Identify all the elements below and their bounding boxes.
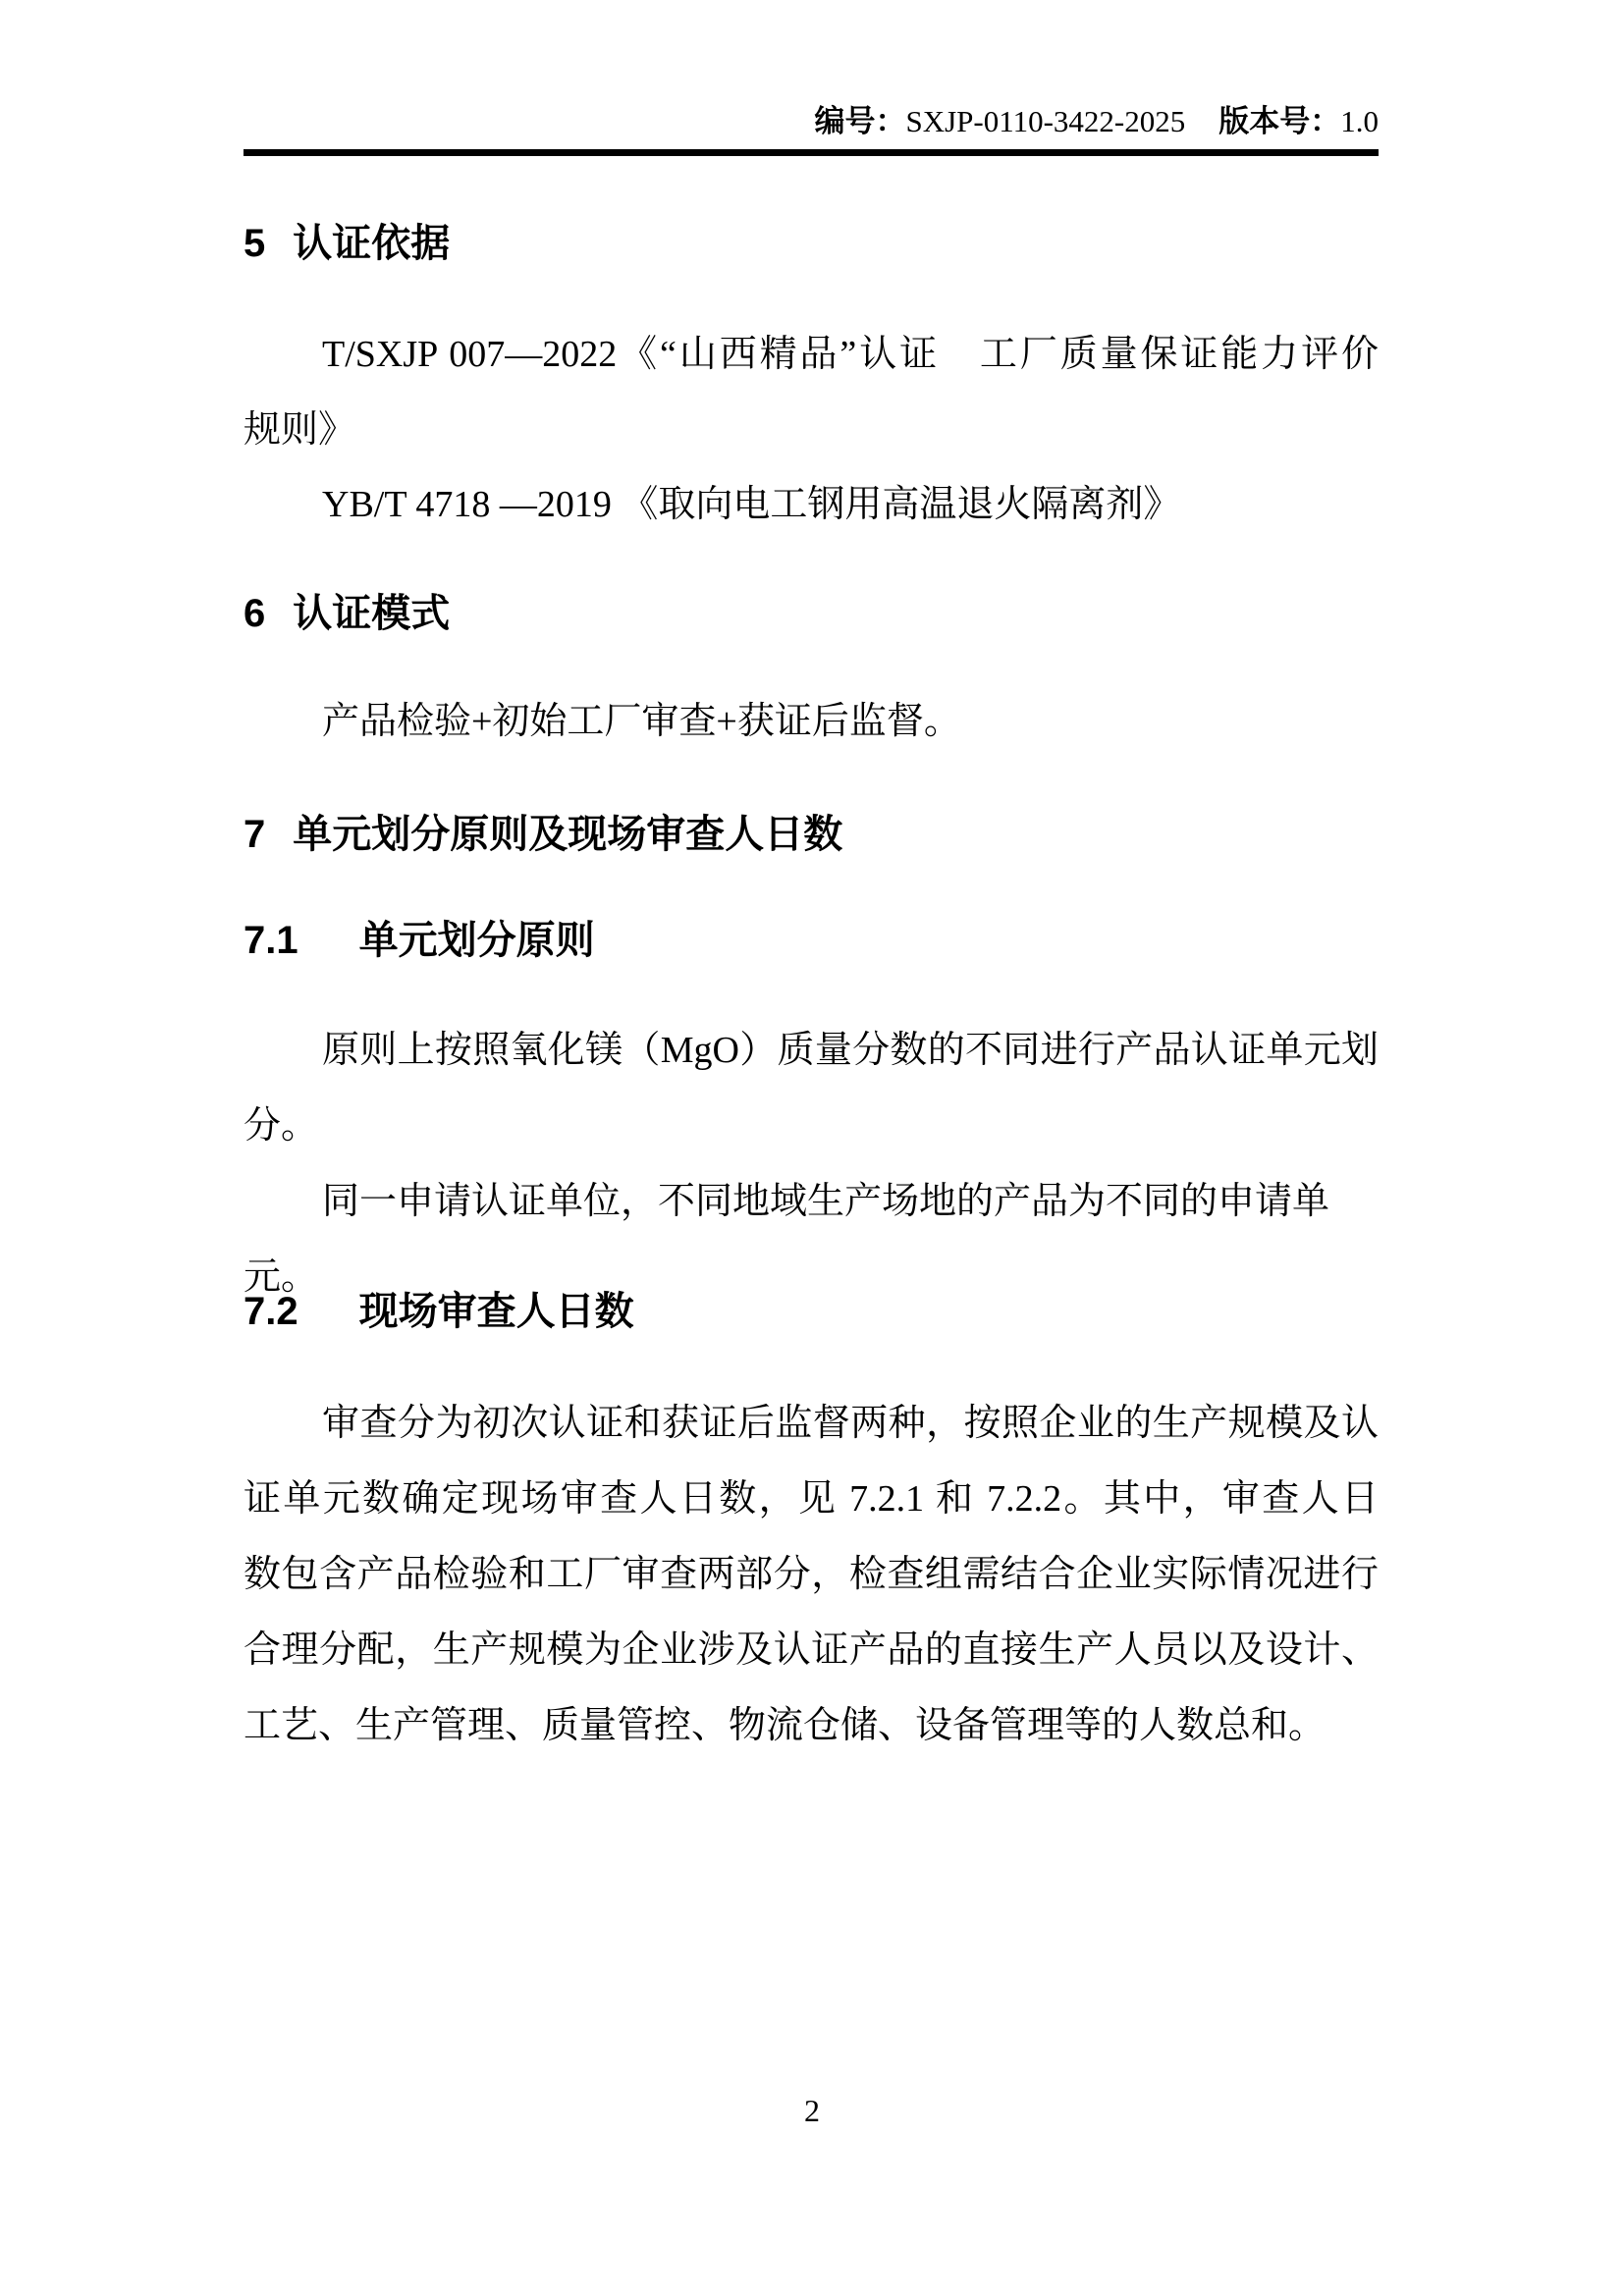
section-5-title: 认证依据 (293, 222, 450, 265)
section-7-1-title: 单元划分原则 (359, 919, 595, 962)
document-page: 编号：SXJP-0110-3422-2025版本号：1.0 5认证依据 T/SX… (0, 0, 1624, 2296)
section-6-heading: 6认证模式 (244, 576, 1379, 652)
text-line: 规则》 (244, 393, 1379, 468)
section-6-paragraph-1: 产品检验+初始工厂审查+获证后监督。 (244, 684, 1379, 760)
section-7-2-paragraph-1: 审查分为初次认证和获证后监督两种，按照企业的生产规模及认 证单元数确定现场审查人… (244, 1386, 1379, 1764)
text-line: 分。 (244, 1089, 1379, 1164)
section-7-2-title: 现场审查人日数 (359, 1290, 634, 1333)
section-7-2-heading: 7.2现场审查人日数 (244, 1274, 1379, 1350)
section-7-1-paragraph-1: 原则上按照氧化镁（MgO）质量分数的不同进行产品认证单元划 分。 (244, 1013, 1379, 1164)
text-line: YB/T 4718 —2019 《取向电工钢用高温退火隔离剂》 (244, 467, 1379, 543)
section-7-number: 7 (244, 813, 265, 856)
section-6-number: 6 (244, 592, 265, 635)
page-footer: 2 (0, 2073, 1624, 2149)
text-line: T/SXJP 007—2022《“山西精品”认证 工厂质量保证能力评价 (244, 317, 1379, 393)
page-number: 2 (804, 2093, 820, 2128)
section-5-paragraph-1: T/SXJP 007—2022《“山西精品”认证 工厂质量保证能力评价 规则》 (244, 317, 1379, 468)
text-line: 工艺、生产管理、质量管控、物流仓储、设备管理等的人数总和。 (244, 1688, 1379, 1764)
section-7-1-number: 7.1 (244, 919, 298, 962)
section-7-2-number: 7.2 (244, 1290, 298, 1333)
text-line: 合理分配，生产规模为企业涉及认证产品的直接生产人员以及设计、 (244, 1613, 1379, 1688)
text-line: 证单元数确定现场审查人日数，见 7.2.1 和 7.2.2。其中，审查人日 (244, 1462, 1379, 1537)
section-5-heading: 5认证依据 (244, 206, 1379, 282)
section-6-title: 认证模式 (293, 592, 450, 635)
section-7-heading: 7单元划分原则及现场审查人日数 (244, 797, 1379, 873)
section-7-title: 单元划分原则及现场审查人日数 (293, 813, 842, 856)
text-line: 审查分为初次认证和获证后监督两种，按照企业的生产规模及认 (244, 1386, 1379, 1462)
section-5-number: 5 (244, 222, 265, 265)
section-7-1-heading: 7.1单元划分原则 (244, 903, 1379, 979)
text-line: 数包含产品检验和工厂审查两部分，检查组需结合企业实际情况进行 (244, 1537, 1379, 1613)
document-body: 5认证依据 T/SXJP 007—2022《“山西精品”认证 工厂质量保证能力评… (244, 0, 1379, 2296)
text-line: 产品检验+初始工厂审查+获证后监督。 (244, 684, 1379, 760)
text-line: 原则上按照氧化镁（MgO）质量分数的不同进行产品认证单元划 (244, 1013, 1379, 1089)
section-5-paragraph-2: YB/T 4718 —2019 《取向电工钢用高温退火隔离剂》 (244, 467, 1379, 543)
